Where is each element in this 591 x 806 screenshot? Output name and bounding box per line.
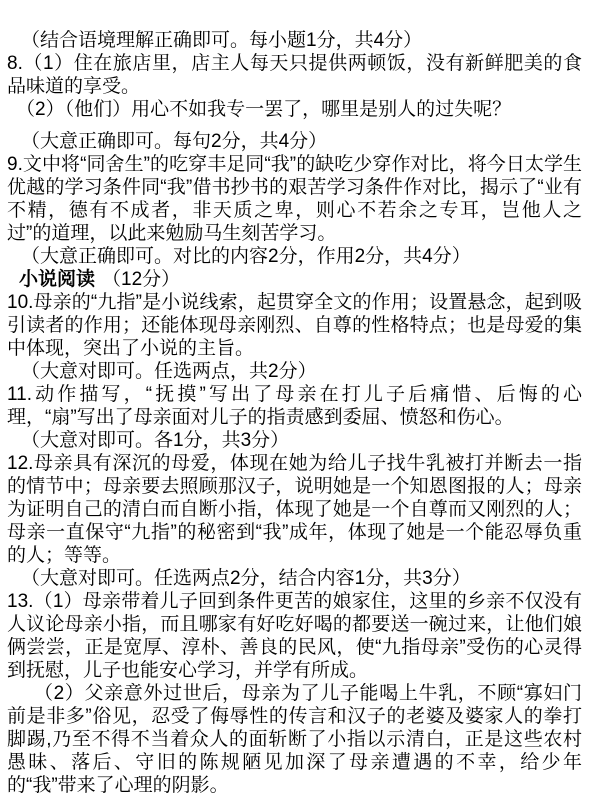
q12-answer: 12.母亲具有深沉的母爱，体现在她为给儿子找牛乳被打并断去一指的情节中；母亲要去… (7, 452, 582, 567)
q13-part2: （2）父亲意外过世后，母亲为了儿子能喝上牛乳，不顾“寡妇门前是非多”俗见，忍受了… (7, 682, 582, 744)
section-heading: 小说阅读（12分） (7, 268, 582, 291)
q10-score-note: （大意对即可。任选两点，共2分） (7, 360, 582, 383)
q9-score-note: （大意正确即可。对比的内容2分，作用2分，共4分） (7, 245, 582, 268)
section-score: （12分） (102, 269, 180, 290)
q11-score-note: （大意对即可。各1分，共3分） (7, 429, 582, 452)
q7-score-note: （结合语境理解正确即可。每小题1分，共4分） (7, 29, 582, 52)
q8-part1: 8.（1）住在旅店里，店主人每天只提供两顿饭，没有新鲜肥美的食品味道的享受。 (7, 52, 582, 98)
section-title: 小说阅读 (19, 269, 95, 290)
q8-part2: （2）（他们）用心不如我专一罢了，哪里是别人的过失呢？ (7, 98, 582, 121)
q13-answer: 13.（1）母亲带着儿子回到条件更苦的娘家住，这里的乡亲不仅没有人议论母亲小指，… (7, 590, 582, 744)
q8-score-note: （大意正确即可。每句2分，共4分） (7, 130, 582, 153)
q11-answer: 11.动作描写，“抚摸”写出了母亲在打儿子后痛惜、后悔的心理，“扇”写出了母亲面… (7, 383, 582, 429)
document-page: { "page": { "background": "#ffffff", "te… (0, 0, 591, 744)
q13-part1: 13.（1）母亲带着儿子回到条件更苦的娘家住，这里的乡亲不仅没有人议论母亲小指，… (7, 590, 582, 682)
answer-key-document: （结合语境理解正确即可。每小题1分，共4分） 8.（1）住在旅店里，店主人每天只… (7, 29, 582, 744)
q9-answer: 9.文中将“同舍生”的吃穿丰足同“我”的缺吃少穿作对比，将今日太学生优越的学习条… (7, 153, 582, 245)
q8-answer: 8.（1）住在旅店里，店主人每天只提供两顿饭，没有新鲜肥美的食品味道的享受。 （… (7, 52, 582, 121)
q12-score-note: （大意对即可。任选两点2分，结合内容1分，共3分） (7, 567, 582, 590)
q10-answer: 10.母亲的“九指”是小说线索，起贯穿全文的作用；设置悬念，起到吸引读者的作用；… (7, 291, 582, 360)
